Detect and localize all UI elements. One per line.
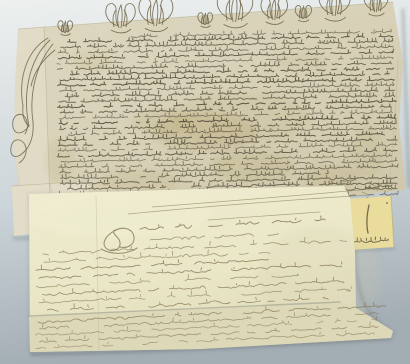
stain-blotch <box>210 150 294 182</box>
manuscript-photo: Colour photograph of two antique handwri… <box>0 0 410 364</box>
letter-tone-patch <box>30 190 210 238</box>
stain-blotch <box>276 52 328 72</box>
tab-dot <box>386 202 388 204</box>
manuscript-photo-image: Colour photograph of two antique handwri… <box>0 0 410 364</box>
folded-letter <box>29 185 393 352</box>
